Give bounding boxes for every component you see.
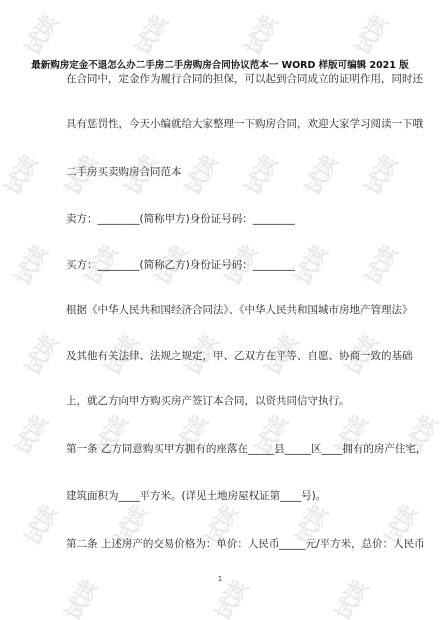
paragraph-line: 在合同中，定金作为履行合同的担保，可以起到合同成立的证明作用，同时还 <box>66 71 423 86</box>
section-heading: 二手房买卖购房合同范本 <box>66 164 182 179</box>
page-number: 1 <box>0 575 440 583</box>
clause-two-line: 第二条 上述房产的交易价格为：单价：人民币_____元/平方米，总价：人民币 <box>66 536 425 551</box>
document-page: 最新购房定金不退怎么办二手房二手房购房合同协议范本一 WORD 样版可编辑 20… <box>0 0 440 620</box>
clause-one-line: 建筑面积为____平方米。(详见土地房屋权证第____号)。 <box>66 488 326 503</box>
paragraph-line: 上，就乙方向甲方购买房产签订本合同，以资共同信守执行。 <box>66 393 350 408</box>
buyer-line: 买方：________(简称乙方)身份证号码：________ <box>66 257 295 272</box>
clause-one-line: 第一条 乙方同意购买甲方拥有的座落在_____县_____区____拥有的房产住… <box>66 441 426 456</box>
paragraph-line: 及其他有关法律、法规之规定，甲、乙双方在平等、自愿、协商一致的基础 <box>66 348 413 363</box>
document-title: 最新购房定金不退怎么办二手房二手房购房合同协议范本一 WORD 样版可编辑 20… <box>0 57 440 71</box>
paragraph-line: 具有惩罚性，今天小编就给大家整理一下购房合同，欢迎大家学习阅读一下哦 <box>66 116 423 131</box>
paragraph-line: 根据《中华人民共和国经济合同法》、《中华人民共和国城市房地产管理法》 <box>66 302 413 317</box>
seller-line: 卖方：________(简称甲方)身份证号码：________ <box>66 211 295 226</box>
